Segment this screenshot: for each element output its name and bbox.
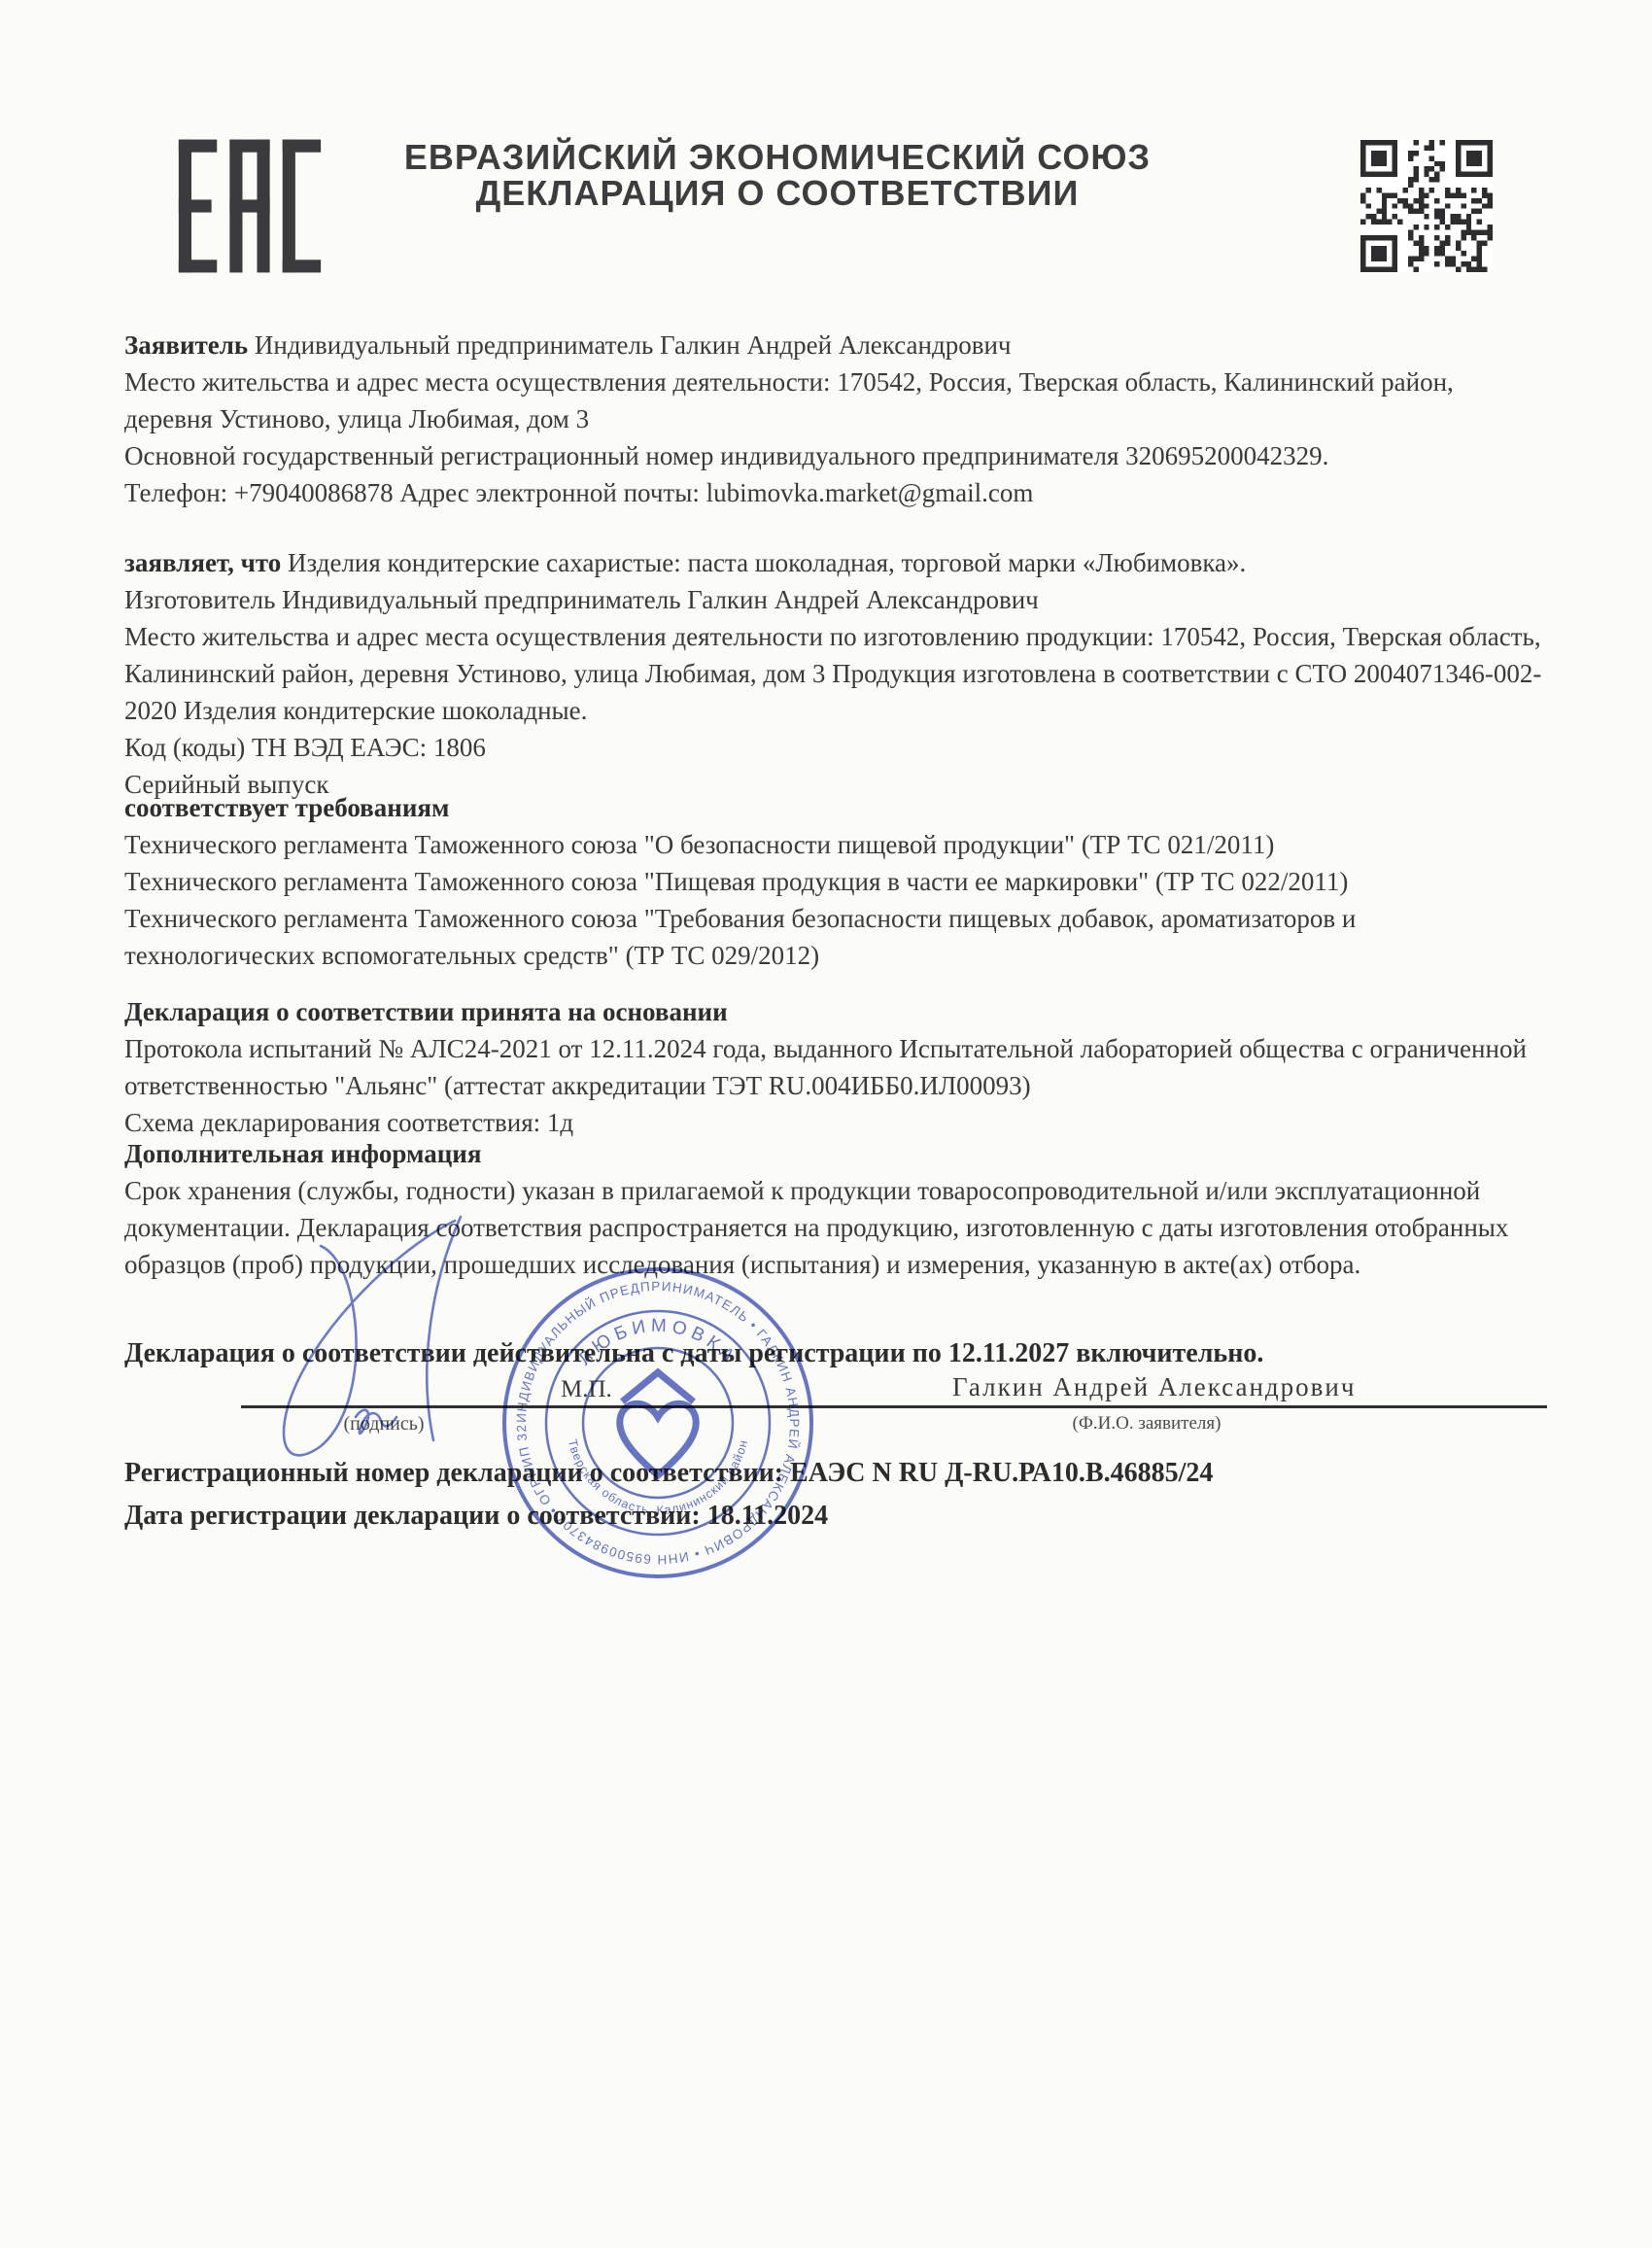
declaration-document: ЕВРАЗИЙСКИЙ ЭКОНОМИЧЕСКИЙ СОЮЗ ДЕКЛАРАЦИ…: [0, 0, 1652, 2248]
applicant-ogrn: Основной государственный регистрационный…: [124, 437, 1543, 474]
stamp-svg: ИНДИВИДУАЛЬНЫЙ ПРЕДПРИНИМАТЕЛЬ • ГАЛКИН …: [480, 1242, 836, 1604]
regulation-item: Технического регламента Таможенного союз…: [124, 863, 1543, 900]
regulation-item: Технического регламента Таможенного союз…: [124, 900, 1543, 974]
signature-line: [241, 1405, 1547, 1408]
qr-code-icon: [1360, 140, 1493, 272]
title-line-union: ЕВРАЗИЙСКИЙ ЭКОНОМИЧЕСКИЙ СОЮЗ: [292, 139, 1263, 175]
regulation-item: Технического регламента Таможенного союз…: [124, 826, 1543, 863]
registration-number-line: Регистрационный номер декларации о соотв…: [124, 1458, 1553, 1489]
compliance-header: соответствует требованиям: [124, 789, 1543, 826]
basis-section: Декларация о соответствии принята на осн…: [124, 993, 1543, 1141]
manufacturer-address: Место жительства и адрес места осуществл…: [124, 618, 1543, 729]
document-title: ЕВРАЗИЙСКИЙ ЭКОНОМИЧЕСКИЙ СОЮЗ ДЕКЛАРАЦИ…: [292, 139, 1263, 211]
applicant-name: Индивидуальный предприниматель Галкин Ан…: [248, 330, 1011, 360]
declares-line: заявляет, что Изделия кондитерские сахар…: [124, 544, 1543, 581]
applicant-signature-name: Галкин Андрей Александрович: [952, 1372, 1356, 1402]
declares-label: заявляет, что: [124, 548, 281, 577]
basis-header: Декларация о соответствии принята на осн…: [124, 993, 1543, 1030]
tnved-code: Код (коды) ТН ВЭД ЕАЭС: 1806: [124, 729, 1543, 766]
heart-house-logo: [620, 1372, 697, 1475]
applicant-label: Заявитель: [124, 330, 248, 360]
fio-caption: (Ф.И.О. заявителя): [1030, 1413, 1263, 1435]
registration-date-line: Дата регистрации декларации о соответств…: [124, 1501, 1553, 1532]
applicant-address: Место жительства и адрес места осуществл…: [124, 363, 1543, 437]
title-line-declaration: ДЕКЛАРАЦИЯ О СООТВЕТСТВИИ: [292, 175, 1263, 211]
product-description: Изделия кондитерские сахаристые: паста ш…: [281, 548, 1246, 577]
applicant-section: Заявитель Индивидуальный предприниматель…: [124, 327, 1543, 511]
stamp-brand-text: ЛЮБИМОВКА: [574, 1316, 741, 1369]
qr-code-svg: [1360, 140, 1493, 272]
additional-info-header: Дополнительная информация: [124, 1135, 1543, 1172]
product-section: заявляет, что Изделия кондитерские сахар…: [124, 544, 1543, 803]
company-stamp: ИНДИВИДУАЛЬНЫЙ ПРЕДПРИНИМАТЕЛЬ • ГАЛКИН …: [480, 1242, 836, 1604]
signature-caption: (подпись): [292, 1413, 476, 1435]
test-protocol: Протокола испытаний № АЛС24-2021 от 12.1…: [124, 1030, 1543, 1104]
additional-info-header-row: Дополнительная информация: [124, 1135, 1543, 1172]
applicant-contacts: Телефон: +79040086878 Адрес электронной …: [124, 474, 1543, 511]
manufacturer-line: Изготовитель Индивидуальный предпринимат…: [124, 581, 1543, 618]
applicant-name-line: Заявитель Индивидуальный предприниматель…: [124, 327, 1543, 363]
compliance-section: соответствует требованиям Технического р…: [124, 789, 1543, 974]
